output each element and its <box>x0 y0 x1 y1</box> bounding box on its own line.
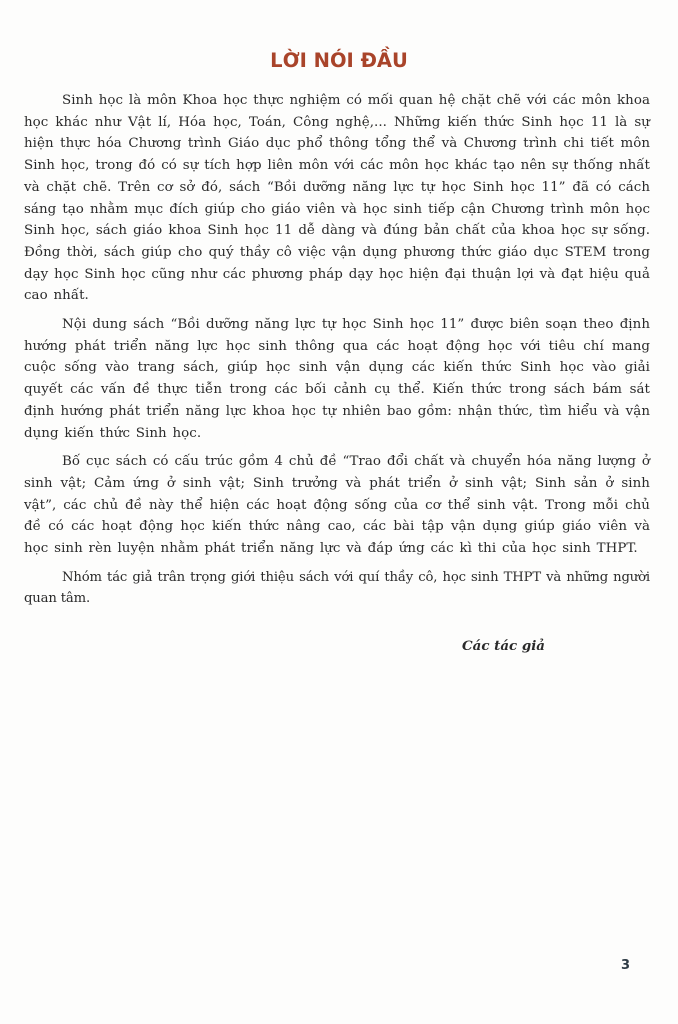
paragraph-intro: Sinh học là môn Khoa học thực nghiệm có … <box>24 90 650 307</box>
preface-body: Sinh học là môn Khoa học thực nghiệm có … <box>24 90 650 617</box>
paragraph-content: Nội dung sách “Bồi dưỡng năng lực tự học… <box>24 314 650 444</box>
page-title: LỜI NÓI ĐẦU <box>0 49 678 72</box>
author-signature: Các tác giả <box>462 638 545 654</box>
paragraph-structure: Bố cục sách có cấu trúc gồm 4 chủ đề “Tr… <box>24 451 650 560</box>
page-number: 3 <box>621 958 630 973</box>
book-page: LỜI NÓI ĐẦU Sinh học là môn Khoa học thự… <box>0 0 678 1024</box>
paragraph-closing: Nhóm tác giả trân trọng giới thiệu sách … <box>24 567 650 610</box>
